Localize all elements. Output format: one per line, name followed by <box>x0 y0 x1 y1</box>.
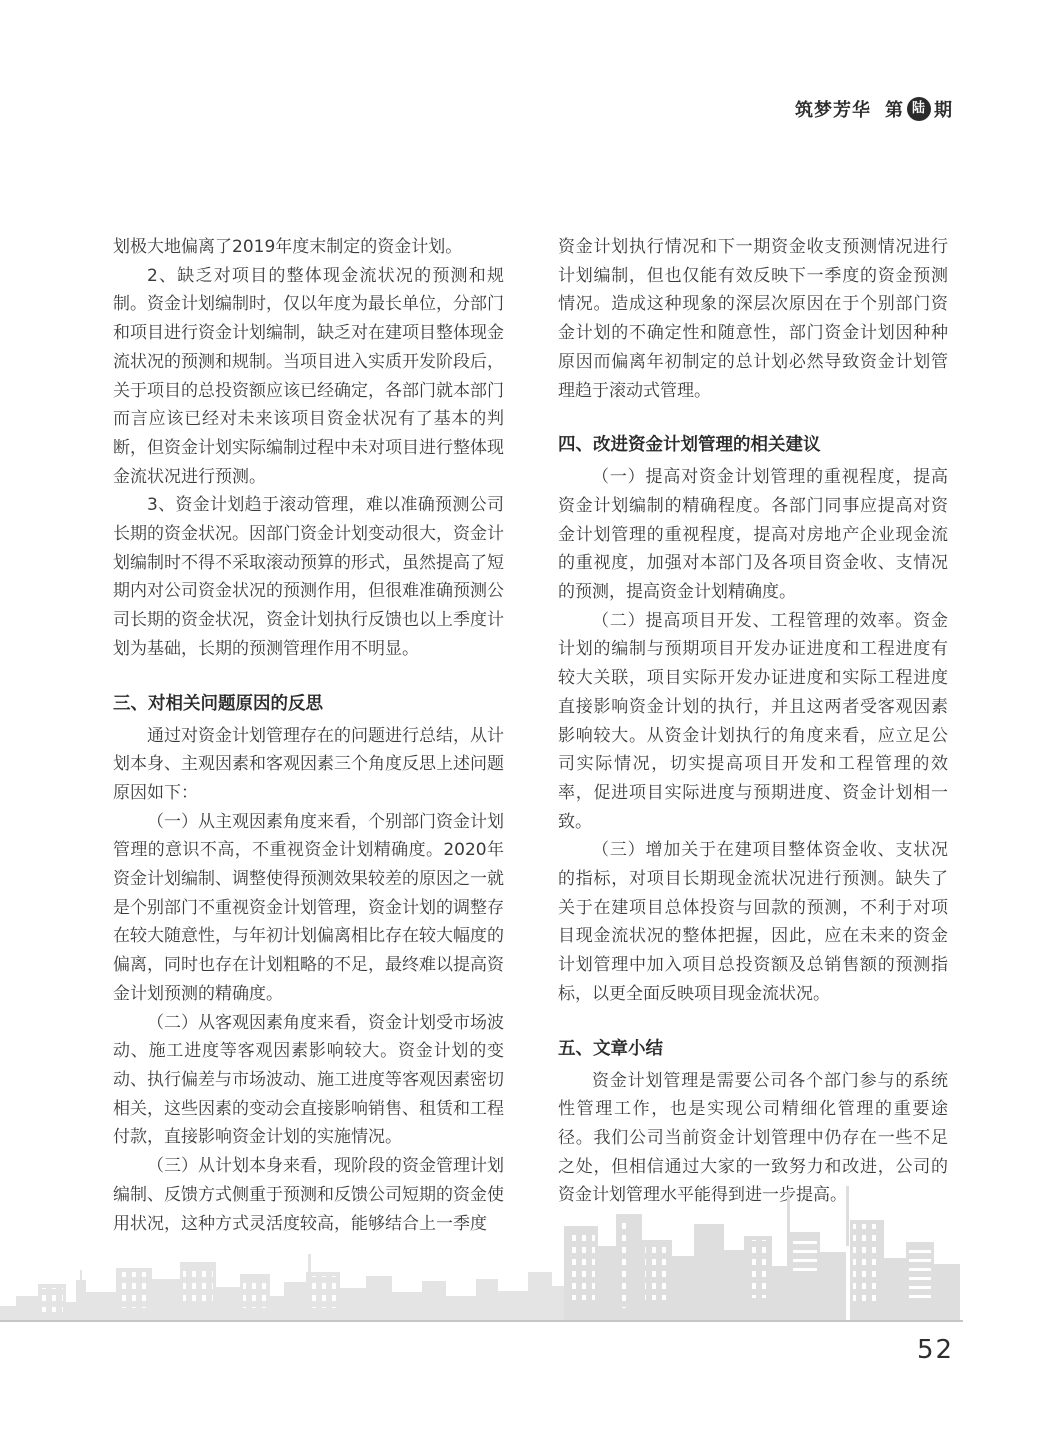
magazine-title: 筑梦芳华 <box>795 96 871 122</box>
page-number: 52 <box>917 1335 954 1365</box>
paragraph: 划极大地偏离了2019年度末制定的资金计划。 <box>113 233 504 262</box>
paragraph: 通过对资金计划管理存在的问题进行总结，从计划本身、主观因素和客观因素三个角度反思… <box>113 722 504 808</box>
issue-number-badge: 陆 <box>907 97 931 121</box>
paragraph: （三）增加关于在建项目整体资金收、支状况的指标，对项目长期现金流状况进行预测。缺… <box>558 836 948 1008</box>
paragraph: （二）从客观因素角度来看，资金计划受市场波动、施工进度等客观因素影响较大。资金计… <box>113 1009 504 1153</box>
paragraph: （一）从主观因素角度来看，个别部门资金计划管理的意识不高，不重视资金计划精确度。… <box>113 808 504 1009</box>
paragraph: 3、资金计划趋于滚动管理，难以准确预测公司长期的资金状况。因部门资金计划变动很大… <box>113 491 504 663</box>
left-column: 划极大地偏离了2019年度末制定的资金计划。 2、缺乏对项目的整体现金流状况的预… <box>113 233 504 1238</box>
section-heading-5: 五、文章小结 <box>558 1035 948 1064</box>
issue-prefix: 第 <box>885 96 904 122</box>
paragraph: （一）提高对资金计划管理的重视程度，提高资金计划编制的精确程度。各部门同事应提高… <box>558 463 948 607</box>
right-column: 资金计划执行情况和下一期资金收支预测情况进行计划编制，但也仅能有效反映下一季度的… <box>558 233 948 1210</box>
issue-suffix: 期 <box>934 96 953 122</box>
magazine-page: 筑梦芳华 第 陆 期 划极大地偏离了2019年度末制定的资金计划。 2、缺乏对项… <box>0 0 1050 1434</box>
issue-label: 第 陆 期 <box>885 96 953 122</box>
paragraph: （二）提高项目开发、工程管理的效率。资金计划的编制与预期项目开发办证进度和工程进… <box>558 607 948 837</box>
section-heading-4: 四、改进资金计划管理的相关建议 <box>558 431 948 460</box>
paragraph: 资金计划执行情况和下一期资金收支预测情况进行计划编制，但也仅能有效反映下一季度的… <box>558 233 948 405</box>
paragraph: 2、缺乏对项目的整体现金流状况的预测和规制。资金计划编制时，仅以年度为最长单位，… <box>113 262 504 492</box>
city-skyline-icon <box>0 1184 963 1324</box>
section-heading-3: 三、对相关问题原因的反思 <box>113 690 504 719</box>
page-header: 筑梦芳华 第 陆 期 <box>795 96 953 122</box>
